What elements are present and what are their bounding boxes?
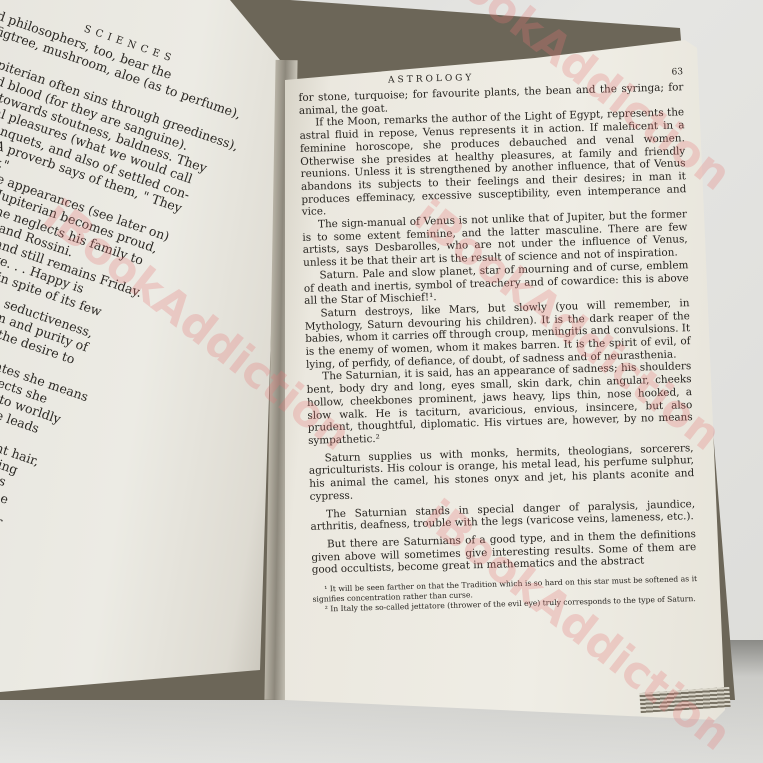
paragraph: Saturn supplies us with monks, hermits, … bbox=[308, 442, 694, 504]
left-page-text: SCIENCES ...cholars and philosophers, to… bbox=[0, 0, 214, 669]
paragraph: The Saturnian stands in special danger o… bbox=[310, 498, 696, 534]
paragraph: Saturn destroys, like Mars, but slowly (… bbox=[304, 297, 691, 371]
left-page: SCIENCES ...cholars and philosophers, to… bbox=[0, 0, 290, 692]
paragraph: If the Moon, remarks the author of the L… bbox=[299, 107, 687, 219]
page-number: 63 bbox=[671, 67, 683, 77]
paragraph: But there are Saturnians of a good type,… bbox=[311, 528, 697, 577]
right-page-text: ASTROLOGY 63 for stone, turquoise; for f… bbox=[298, 67, 698, 615]
paragraph: The Saturnian, it is said, has an appear… bbox=[306, 361, 693, 448]
running-head-title: ASTROLOGY bbox=[388, 73, 474, 85]
